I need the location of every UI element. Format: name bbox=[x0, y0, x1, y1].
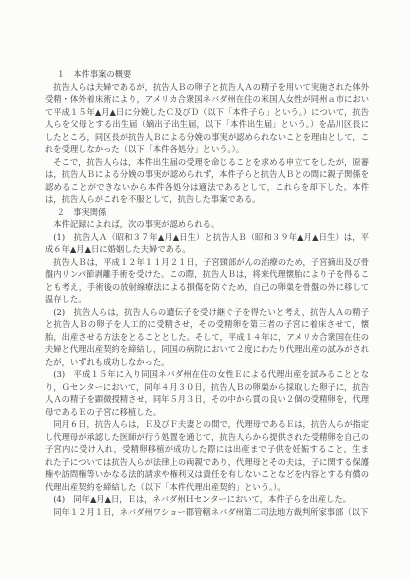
paragraph-appeal-summary: そこで，抗告人らは，本件出生届の受理を命じることを求める申立てをしたが，原審は，… bbox=[45, 156, 369, 206]
paragraph-fact-2: (2) 抗告人らは，抗告人らの遺伝子を受け継ぐ子を得たいと考え，抗告人Ａの精子と… bbox=[45, 306, 369, 369]
paragraph-facts-intro: 本件記録によれば，次の事実が認められる。 bbox=[45, 218, 369, 231]
section-1-heading: １ 本件事案の概要 bbox=[45, 68, 369, 81]
judgment-text-body: １ 本件事案の概要 抗告人らは夫婦であるが，抗告人Ｂの卵子と抗告人Ａの精子を用い… bbox=[45, 68, 369, 518]
document-page: １ 本件事案の概要 抗告人らは夫婦であるが，抗告人Ｂの卵子と抗告人Ａの精子を用い… bbox=[0, 0, 410, 580]
paragraph-fact-4: (4) 同年▲月▲日，Ｅは，ネバダ州Ｈセンターにおいて，本件子らを出産した。 bbox=[45, 493, 369, 506]
paragraph-fact-4-court: 同年１２月１日，ネバダ州ワショー郡管轄ネバダ州第二司法地方裁判所家事部（以下 bbox=[45, 506, 369, 519]
paragraph-fact-3: (3) 平成１５年に入り同国ネバダ州在住の女性Ｅによる代理出産を試みることとなり… bbox=[45, 368, 369, 418]
paragraph-fact-1: (1) 抗告人Ａ（昭和３７年▲月▲日生）と抗告人Ｂ（昭和３９年▲月▲日生）は，平… bbox=[45, 231, 369, 256]
section-2-heading: ２ 事実関係 bbox=[45, 206, 369, 219]
paragraph-case-overview: 抗告人らは夫婦であるが，抗告人Ｂの卵子と抗告人Ａの精子を用いて実施された体外受精… bbox=[45, 81, 369, 156]
paragraph-fact-3-contract: 同月６日，抗告人らは，Ｅ及びＦ夫妻との間で，代理母であるＥは，抗告人らが指定し代… bbox=[45, 418, 369, 493]
paragraph-fact-1-surgery: 抗告人Ｂは，平成１２年１１月２１日，子宮頸部がんの治療のため，子宮摘出及び骨盤内… bbox=[45, 256, 369, 306]
